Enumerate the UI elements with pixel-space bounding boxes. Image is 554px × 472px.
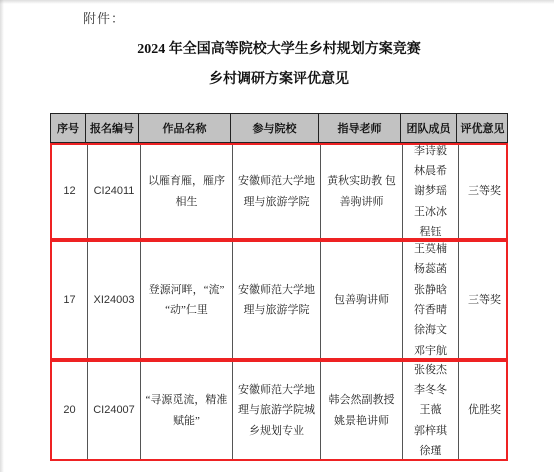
cell-reg-no: XI24003 <box>87 242 140 358</box>
table-row: 12 CI24011 以雁育雁，雁序相生 安徽师范大学地理与旅游学院 黄秋实助教… <box>50 143 508 240</box>
member-name: 徐海文 <box>414 320 447 340</box>
cell-institution: 安徽师范大学地理与旅游学院 <box>232 242 320 358</box>
member-name: 王莫楠 <box>414 239 447 259</box>
cell-reg-no: CI24007 <box>87 362 140 459</box>
cell-work-title: 以雁育雁，雁序相生 <box>140 145 232 238</box>
cell-no: 12 <box>52 145 87 238</box>
header-cell-advisors: 指导老师 <box>318 114 400 142</box>
table-row: 20 CI24007 “寻源觅流，精准赋能” 安徽师范大学地理与旅游学院城乡规划… <box>50 360 508 461</box>
results-table: 序号 报名编号 作品名称 参与院校 指导老师 团队成员 评优意见 12 CI24… <box>50 113 508 461</box>
member-name: 李冬冬 <box>414 380 447 400</box>
header-cell-work-title: 作品名称 <box>138 114 230 142</box>
cell-members: 李诗毅 林晨希 谢梦瑶 王冰冰 程钰 <box>402 145 458 238</box>
member-name: 徐瑾 <box>420 441 442 461</box>
cell-award: 三等奖 <box>458 145 510 238</box>
cell-no: 17 <box>52 242 87 358</box>
cell-institution: 安徽师范大学地理与旅游学院城乡规划专业 <box>232 362 320 459</box>
member-name: 王冰冰 <box>414 202 447 222</box>
header-cell-institution: 参与院校 <box>230 114 318 142</box>
header-cell-no: 序号 <box>51 114 85 142</box>
scan-shading-top <box>0 0 554 4</box>
cell-advisors: 韩会然副教授 姚景艳讲师 <box>320 362 402 459</box>
cell-award: 优胜奖 <box>458 362 510 459</box>
table-row: 17 XI24003 登源河畔，“流” “动”仁里 安徽师范大学地理与旅游学院 … <box>50 240 508 360</box>
cell-members: 王莫楠 杨蕊菡 张静晗 符香晴 徐海文 邓宇航 <box>402 242 458 358</box>
member-name: 李诗毅 <box>414 141 447 161</box>
cell-institution: 安徽师范大学地理与旅游学院 <box>232 145 320 238</box>
header-cell-award: 评优意见 <box>456 114 508 142</box>
member-name: 林晨希 <box>414 161 447 181</box>
cell-reg-no: CI24011 <box>87 145 140 238</box>
cell-work-title: “寻源觅流，精准赋能” <box>140 362 232 459</box>
member-name: 邓宇航 <box>414 341 447 361</box>
cell-members: 张俊杰 李冬冬 王薇 郭梓琪 徐瑾 <box>402 362 458 459</box>
cell-award: 三等奖 <box>458 242 510 358</box>
cell-advisors: 包善驹讲师 <box>320 242 402 358</box>
member-name: 杨蕊菡 <box>414 259 447 279</box>
member-name: 王薇 <box>420 400 442 420</box>
doc-title: 2024 年全国高等院校大学生乡村规划方案竞赛 <box>50 38 508 58</box>
member-name: 谢梦瑶 <box>414 181 447 201</box>
header-cell-reg-no: 报名编号 <box>85 114 138 142</box>
attachment-label: 附件： <box>83 8 125 27</box>
member-name: 符香晴 <box>414 300 447 320</box>
cell-work-title: 登源河畔，“流” “动”仁里 <box>140 242 232 358</box>
doc-subtitle: 乡村调研方案评优意见 <box>50 68 508 88</box>
scan-shading-left <box>0 0 4 472</box>
member-name: 张静晗 <box>414 280 447 300</box>
cell-advisors: 黄秋实助教 包善驹讲师 <box>320 145 402 238</box>
header-cell-members: 团队成员 <box>400 114 456 142</box>
cell-no: 20 <box>52 362 87 459</box>
member-name: 张俊杰 <box>414 360 447 380</box>
table-header-row: 序号 报名编号 作品名称 参与院校 指导老师 团队成员 评优意见 <box>50 113 508 143</box>
member-name: 郭梓琪 <box>414 421 447 441</box>
